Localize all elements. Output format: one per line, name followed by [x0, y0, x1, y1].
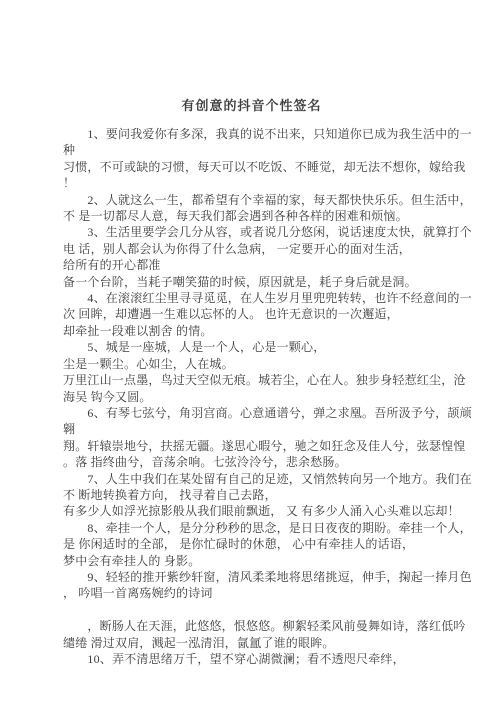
- text-line: 给所有的开心都准: [63, 257, 440, 273]
- text-line: 习惯，不可或缺的习惯，每天可以不吃饭、不睡觉，却无法不想你，嫁给我: [63, 159, 440, 175]
- text-line: [63, 602, 440, 618]
- text-line: 海吴 钩今又圆。: [63, 389, 440, 405]
- text-line: 尘是一颗尘。心如尘，人在城。: [63, 356, 440, 372]
- text-line: 是 你闲适时的全部， 是你忙碌时的休憩， 心中有牵挂人的话语，: [63, 536, 440, 552]
- text-line: 万里江山一点墨，鸟过天空似无痕。城若尘，心在人。独步身轻惹红尘，沧: [63, 372, 440, 388]
- text-line: 7、人生中我们在某处留有自己的足迹，又悄然转向另一个地方。我们在: [63, 471, 440, 487]
- text-line: 1、要问我爱你有多深，我真的说不出来，只知道你已成为我生活中的一: [63, 126, 440, 142]
- text-line: 种: [63, 142, 440, 158]
- text-line: ，断肠人在天涯，此悠悠，恨悠悠。柳絮轻柔风前曼舞如诗，落红低吟: [63, 618, 440, 634]
- text-line: 8、牵挂一个人，是分分秒秒的思念，是日日夜夜的期盼。牵挂一个人，: [63, 520, 440, 536]
- text-line: 翱: [63, 421, 440, 437]
- signature-list: 1、要问我爱你有多深，我真的说不出来，只知道你已成为我生活中的一种习惯，不可或缺…: [63, 126, 440, 667]
- text-line: 却牵扯一段难以割舍 的情。: [63, 323, 440, 339]
- text-line: 翔。轩辕崇地兮，扶摇无疆。遂思心暇兮，驰之如狂念及佳人兮，弦瑟惶惶: [63, 438, 440, 454]
- text-line: ， 吟唱一首离殇婉约的诗词: [63, 585, 440, 601]
- text-line: 10、弄不清思绪万千，望不穿心湖微澜；看不透咫尺牵绊，: [63, 651, 440, 667]
- text-line: 。落 指终曲兮，音荡余响。七弦泠泠兮，悲余愁肠。: [63, 454, 440, 470]
- text-line: 梦中会有牵挂人的 身影。: [63, 553, 440, 569]
- text-line: 不 是一切都尽人意，每天我们都会遇到各种各样的困难和烦恼。: [63, 208, 440, 224]
- text-line: 次 回眸，却遭遇一生难以忘怀的人。 也许无意识的一次邂逅，: [63, 306, 440, 322]
- text-line: 6、有琴七弦兮，角羽宫商。心意通谱兮，弹之求凰。吾所汲予兮，颉颃: [63, 405, 440, 421]
- text-line: 不 断地转换着方向， 找寻着自己去路，: [63, 487, 440, 503]
- text-line: 2、人就这么一生，都希望有个幸福的家，每天都快快乐乐。但生活中，: [63, 192, 440, 208]
- document-title: 有创意的抖音个性签名: [63, 97, 440, 115]
- text-line: 缱绻 滑过双肩，溅起一泓清泪，氤氲了谁的眼眸。: [63, 635, 440, 651]
- text-line: 3、生活里要学会几分从容，或者说几分悠闲，说话速度太快，就算打个: [63, 224, 440, 240]
- text-line: 电 话，别人都会认为你得了什么急病， 一定要开心的面对生活，: [63, 241, 440, 257]
- text-line: 有多少人如浮光掠影般从我们眼前飘逝， 又 有多少人涌入心头难以忘却！: [63, 503, 440, 519]
- text-line: 5、城是一座城，人是一个人，心是一颗心，: [63, 339, 440, 355]
- text-line: ！: [63, 175, 440, 191]
- text-line: 9、轻轻的推开紫纱轩窗，清风柔柔地将思绪挑逗，伸手，掬起一捧月色: [63, 569, 440, 585]
- document-page: 有创意的抖音个性签名 1、要问我爱你有多深，我真的说不出来，只知道你已成为我生活…: [0, 0, 500, 709]
- text-line: 备一个台阶，当耗子嘲笑猫的时候，原因就是，耗子身后就是洞。: [63, 274, 440, 290]
- text-line: 4、在滚滚红尘里寻寻觅觅，在人生岁月里兜兜转转，也许不经意间的一: [63, 290, 440, 306]
